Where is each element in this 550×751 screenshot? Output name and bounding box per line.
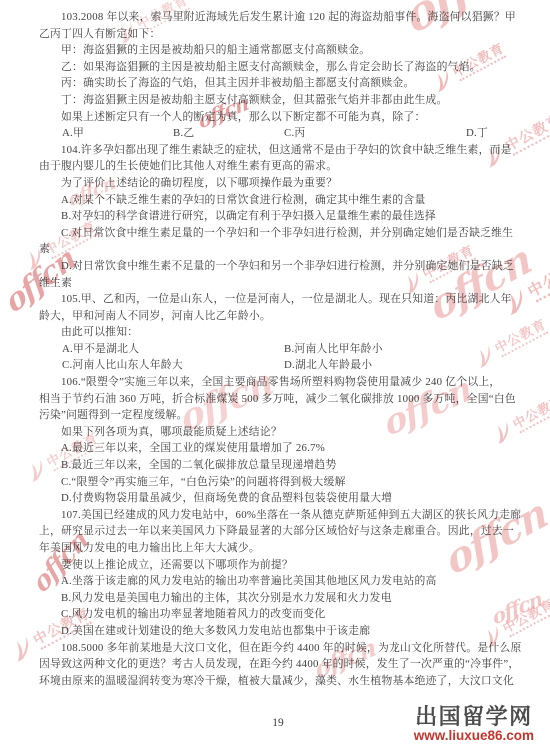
question-104-text-line: 104.许多孕妇都出现了维生素缺乏的症状，但这通常不是由于孕妇的饮食中缺乏维生素… xyxy=(39,142,517,159)
question-103-text-line: 丁：海盗猖獗主因是被劫船主愿支付高额赎金，但其嚣张气焰并非都由此生成。 xyxy=(39,92,517,109)
question-105-text-line: 105.甲、乙和丙，一位是山东人，一位是河南人，一位是湖北人。现在只知道：丙比湖… xyxy=(39,291,517,308)
question-107-text-line: 要使以上推论成立，还需要以下哪项作为前提？ xyxy=(39,557,517,574)
question-104-text-line: 为了评价上述结论的确切程度，以下哪项操作最为重要？ xyxy=(39,175,517,192)
question-104-text-line: D.对日常饮食中维生素不足量的一个孕妇和另一个非孕妇进行检测，并分别确定她们是否… xyxy=(39,258,517,275)
question-107-text-line: 107.美国已经建成的风力发电站中，60%坐落在一条从德克萨斯延伸到五大湖区的狭… xyxy=(39,507,517,524)
question-103-text-line: 乙丙丁四人有断定如下： xyxy=(39,26,517,43)
zhonggong-brand-text: 中公教育 xyxy=(525,254,550,299)
question-105-text-line: 由此可以推知： xyxy=(39,324,517,341)
question-106-text-line: 106.“限塑令”实施三年以来，全国主要商品零售场所塑料购物袋使用量减少 240… xyxy=(39,374,517,391)
question-107-text-line: D.美国在建或计划建设的绝大多数风力发电站也都集中于该走廊 xyxy=(39,623,517,640)
question-105-option-A: A.甲不是湖北人 xyxy=(62,341,139,358)
question-106-text-line: C.“限塑令”再实施三年，“白色污染”的问题将得到极大缓解 xyxy=(39,474,517,491)
scanned-exam-page: offcn中公教育offcn中公教育中公教育offcn中公教育offcnoffc… xyxy=(0,0,550,751)
question-106-text-line: D.付费购物袋用量虽减少，但商场免费的食品塑料包装袋使用量大增 xyxy=(39,490,517,507)
question-103-text-line: 乙：如果海盗猖獗的主因是被劫船主愿支付高额赎金，那么肯定会助长了海盗的气焰。 xyxy=(39,59,517,76)
question-108-text-line: 环境由原来的温暖湿润转变为寒冷干燥，植被大量减少，藻类、水生植物基本绝迹了，大汶… xyxy=(39,673,517,690)
question-103-text-line: 甲：海盗猖獗的主因是被劫船只的船主通常都愿支付高额赎金。 xyxy=(39,42,517,59)
question-106-text-line: A.最近三年以来，全国工业的煤炭使用量增加了 26.7% xyxy=(39,440,517,457)
question-105-option-C: C.河南人比山东人年龄大 xyxy=(62,357,183,374)
question-104-text-line: 素 xyxy=(39,241,517,258)
question-103-option-A: A.甲 xyxy=(62,125,84,142)
site-name-text: 出国留学网 xyxy=(414,705,534,729)
brand-dots-divider xyxy=(536,271,550,302)
question-107-text-line: C.风力发电机的输出功率显著地随着风力的改变而变化 xyxy=(39,606,517,623)
question-104-text-line: B.对孕妇的科学食谱进行研究，以确定有利于孕妇摄入足量维生素的最佳选择 xyxy=(39,208,517,225)
question-106-text-line: 如果下列各项为真，哪项最能质疑上述结论？ xyxy=(39,424,517,441)
question-107-text-line: B.风力发电是美国电力输出的主体，其次分别是水力发展和火力发电 xyxy=(39,590,517,607)
question-105-option-B: B.河南人比甲年龄小 xyxy=(284,341,383,358)
brand-dots-divider xyxy=(519,407,550,433)
question-103-option-D: D.丁 xyxy=(466,125,488,142)
phoenix-swoosh-icon xyxy=(6,633,39,666)
question-103-option-B: B.乙 xyxy=(173,125,194,142)
question-108-text-line: 108.5000 多年前某地是大汶口文化，但在距今约 4400 年的时候，为龙山… xyxy=(39,640,517,657)
question-105-option-D: D.湖北人年龄最小 xyxy=(284,357,372,374)
question-105-text-line: 龄大，甲和河南人不同岁，河南人比乙年龄小。 xyxy=(39,308,517,325)
question-103-option-C: C.丙 xyxy=(284,125,305,142)
question-104-text-line: A.对某个不缺乏维生素的孕妇的日常饮食进行检测，确定其中维生素的含量 xyxy=(39,192,517,209)
exam-questions-text: 103.2008 年以来，索马里附近海域先后发生累计逾 120 起的海盗劫船事件… xyxy=(39,9,517,689)
question-108-text-line: 因导致这两种文化的更迭？考古人员发现，在距今约 4400 年的时候，发生了一次严… xyxy=(39,656,517,673)
liuxue86-site-logo: 出国留学网 www.liuxue86.com xyxy=(414,705,534,743)
question-107-text-line: 上，研究显示过去一年以来美国风力下降最显著的大部分区域恰好与这条走廊重合。因此，… xyxy=(39,523,517,540)
brand-dots-divider xyxy=(513,127,550,156)
question-103-text-line: 如果上述断定只有一个人的断定为真，那么以下断定都不可能为真，除了： xyxy=(39,109,517,126)
question-104-text-line: C.对日常饮食中维生素足量的一个孕妇和一个非孕妇进行检测，并分别确定她们是否缺乏… xyxy=(39,225,517,242)
question-104-text-line: 维生素 xyxy=(39,275,517,292)
question-105-options-row: C.河南人比山东人年龄大D.湖北人年龄最小 xyxy=(39,357,517,374)
question-105-options-row: A.甲不是湖北人B.河南人比甲年龄小 xyxy=(39,341,517,358)
question-104-text-line: 由于腹内婴儿的生长使她们比其他人对维生素有更高的需求。 xyxy=(39,158,517,175)
question-107-text-line: A.坐落于该走廊的风力发电站的输出功率普遍比美国其他地区风力发电站的高 xyxy=(39,573,517,590)
question-107-text-line: 年美国风力发电的电力输出比上年大大减少。 xyxy=(39,540,517,557)
question-106-text-line: 污染”问题得到一定程度缓解。 xyxy=(39,407,517,424)
question-103-text-line: 丙：确实助长了海盗的气焰，但其主因并非被劫船主都愿支付高额赎金。 xyxy=(39,75,517,92)
question-103-text-line: 103.2008 年以来，索马里附近海域先后发生累计逾 120 起的海盗劫船事件… xyxy=(39,9,517,26)
question-106-text-line: B.最近三年以来，全国的二氧化碳排放总量呈现递增趋势 xyxy=(39,457,517,474)
site-url-text: www.liuxue86.com xyxy=(414,729,534,743)
question-103-options-row: A.甲B.乙C.丙D.丁 xyxy=(39,125,517,142)
question-106-text-line: 相当于节约石油 360 万吨，折合标准煤炭 500 多万吨，减少二氧化碳排放 1… xyxy=(39,391,517,408)
